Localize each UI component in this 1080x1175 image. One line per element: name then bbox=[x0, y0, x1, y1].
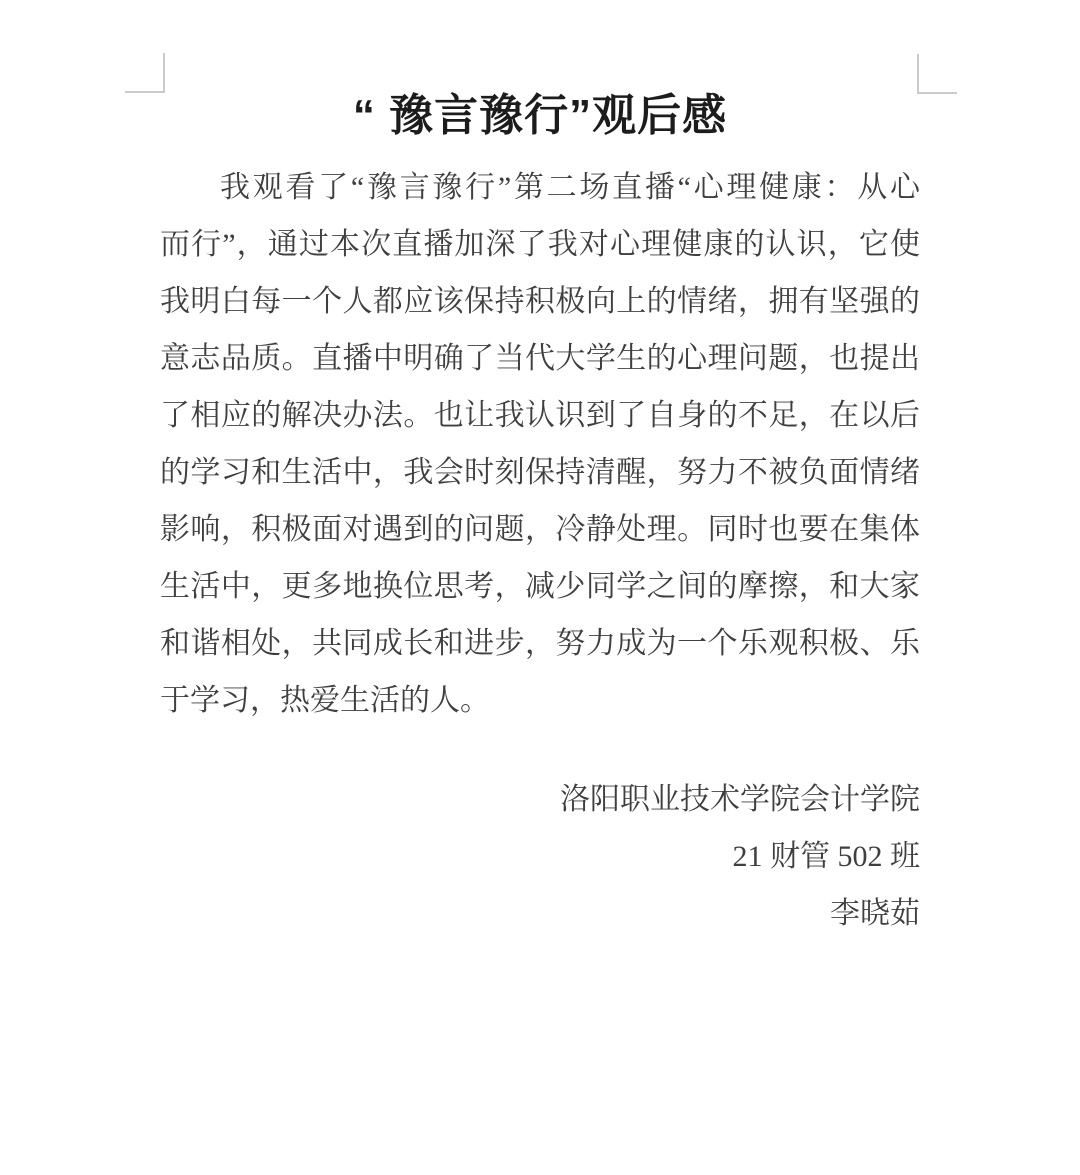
body-line: 了相应的解决办法。也让我认识到了自身的不足，在以后 bbox=[160, 387, 920, 444]
body-line: 于学习，热爱生活的人。 bbox=[160, 672, 920, 729]
body-line: 生活中，更多地换位思考，减少同学之间的摩擦，和大家 bbox=[160, 558, 920, 615]
body-line: 意志品质。直播中明确了当代大学生的心理问题，也提出 bbox=[160, 330, 920, 387]
signature-block: 洛阳职业技术学院会计学院 21 财管 502 班 李晓茹 bbox=[160, 771, 920, 942]
body-line: 我明白每一个人都应该保持积极向上的情绪，拥有坚强的 bbox=[160, 273, 920, 330]
document-title: “ 豫言豫行”观后感 bbox=[160, 88, 920, 144]
signature-class: 21 财管 502 班 bbox=[160, 828, 920, 885]
body-line: 的学习和生活中，我会时刻保持清醒，努力不被负面情绪 bbox=[160, 444, 920, 501]
margin-corner-mark-top-right bbox=[917, 54, 957, 94]
document-body: 我观看了“豫言豫行”第二场直播“心理健康：从心 而行”，通过本次直播加深了我对心… bbox=[160, 159, 920, 729]
body-line: 和谐相处，共同成长和进步，努力成为一个乐观积极、乐 bbox=[160, 615, 920, 672]
body-line: 而行”，通过本次直播加深了我对心理健康的认识，它使 bbox=[160, 216, 920, 273]
document-page: “ 豫言豫行”观后感 我观看了“豫言豫行”第二场直播“心理健康：从心 而行”，通… bbox=[0, 0, 1080, 1175]
body-line: 影响，积极面对遇到的问题，冷静处理。同时也要在集体 bbox=[160, 501, 920, 558]
signature-school: 洛阳职业技术学院会计学院 bbox=[160, 771, 920, 828]
margin-corner-mark-top-left bbox=[125, 53, 165, 93]
body-line: 我观看了“豫言豫行”第二场直播“心理健康：从心 bbox=[160, 159, 920, 216]
signature-author: 李晓茹 bbox=[160, 885, 920, 942]
